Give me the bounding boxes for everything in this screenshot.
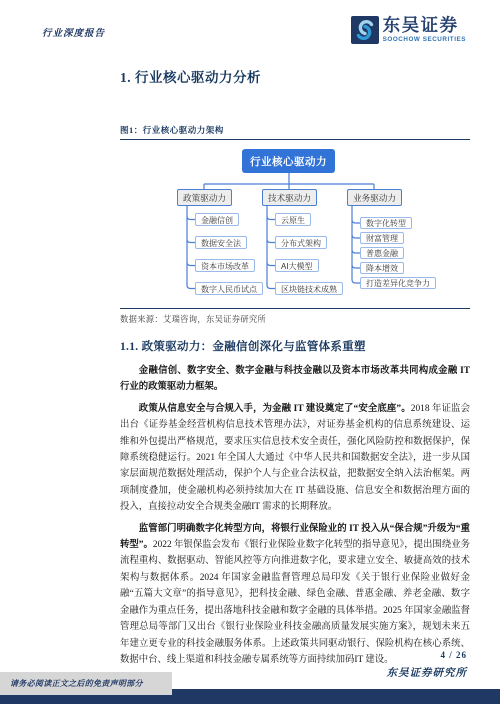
tree-item: 云原生 — [275, 213, 311, 226]
paragraph-text: 2022 年银保监会发布《银行业保险业数字化转型的指导意见》，提出围绕业务流程重… — [120, 540, 470, 665]
brand-text: 东吴证券 SOOCHOW SECURITIES — [383, 16, 466, 43]
main-content: 1. 行业核心驱动力分析 图1：行业核心驱动力架构 行业核心驱动力 政策驱动力 … — [120, 66, 470, 673]
tree-item: 降本增效 — [360, 262, 404, 274]
tree-item: 打造差异化竞争力 — [360, 277, 436, 289]
tree-item: 数字化转型 — [360, 217, 412, 229]
paragraph-text: 2018 年证监会出台《证券基金经营机构信息技术管理办法》，对证券基金机构的信息… — [120, 404, 470, 512]
tree-root-node: 行业核心驱动力 — [242, 149, 335, 173]
page-number: 4 / 26 — [440, 650, 467, 660]
brand-name-en: SOOCHOW SECURITIES — [383, 36, 466, 43]
paragraph-lead: 政策从信息安全与合规入手，为金融 IT 建设奠定了“安全底座”。 — [139, 404, 411, 414]
tree-item: 分布式架构 — [275, 236, 327, 249]
figure-source: 数据来源：艾瑞咨询，东吴证券研究所 — [120, 313, 470, 325]
figure-caption: 图1：行业核心驱动力架构 — [120, 124, 470, 136]
tree-branch-tech: 技术驱动力 — [262, 189, 317, 206]
tree-branch-policy: 政策驱动力 — [177, 189, 232, 206]
brand-block: 东吴证券 SOOCHOW SECURITIES — [351, 16, 466, 44]
figure-bottom-rule — [120, 308, 470, 309]
subsection-title: 1.1. 政策驱动力：金融信创深化与监管体系重塑 — [120, 338, 470, 354]
page-header: 行业深度报告 东吴证券 SOOCHOW SECURITIES — [42, 16, 466, 44]
tree-item: 金融信创 — [195, 213, 239, 226]
brand-name-cn: 东吴证券 — [383, 16, 459, 35]
disclaimer-banner: 请务必阅读正文之后的免责声明部分 — [0, 672, 172, 695]
tree-item: 财富管理 — [360, 232, 404, 244]
tree-branch-biz: 业务驱动力 — [347, 189, 402, 206]
figure-1: 图1：行业核心驱动力架构 行业核心驱动力 政策驱动力 技术驱动力 业务驱动力 金… — [120, 124, 470, 325]
tree-item: AI大模型 — [275, 259, 319, 272]
tree-item: 资本市场改革 — [195, 259, 255, 272]
section-title: 1. 行业核心驱动力分析 — [120, 66, 470, 86]
driver-tree-diagram: 行业核心驱动力 政策驱动力 技术驱动力 业务驱动力 金融信创 数据安全法 资本市… — [120, 140, 470, 308]
body-paragraph: 政策从信息安全与合规入手，为金融 IT 建设奠定了“安全底座”。2018 年证监… — [120, 401, 470, 516]
tree-item: 普惠金融 — [360, 247, 404, 259]
research-institute-label: 东吴证券研究所 — [387, 665, 468, 680]
tree-item: 区块链技术成熟 — [275, 282, 343, 295]
tree-item: 数据安全法 — [195, 236, 247, 249]
soochow-logo-icon — [351, 16, 379, 44]
body-paragraph: 监管部门明确数字化转型方向，将银行业保险业的 IT 投入从“保合规”升级为“重转… — [120, 521, 470, 669]
body-paragraph: 金融信创、数字安全、数字金融与科技金融以及资本市场改革共同构成金融 IT 行业的… — [120, 363, 470, 396]
tree-item: 数字人民币试点 — [195, 282, 263, 295]
report-type-label: 行业深度报告 — [42, 25, 105, 39]
report-page: 行业深度报告 东吴证券 SOOCHOW SECURITIES 1. 行业核心驱动… — [0, 0, 500, 707]
paragraph-lead: 金融信创、数字安全、数字金融与科技金融以及资本市场改革共同构成金融 IT 行业的… — [120, 366, 470, 392]
